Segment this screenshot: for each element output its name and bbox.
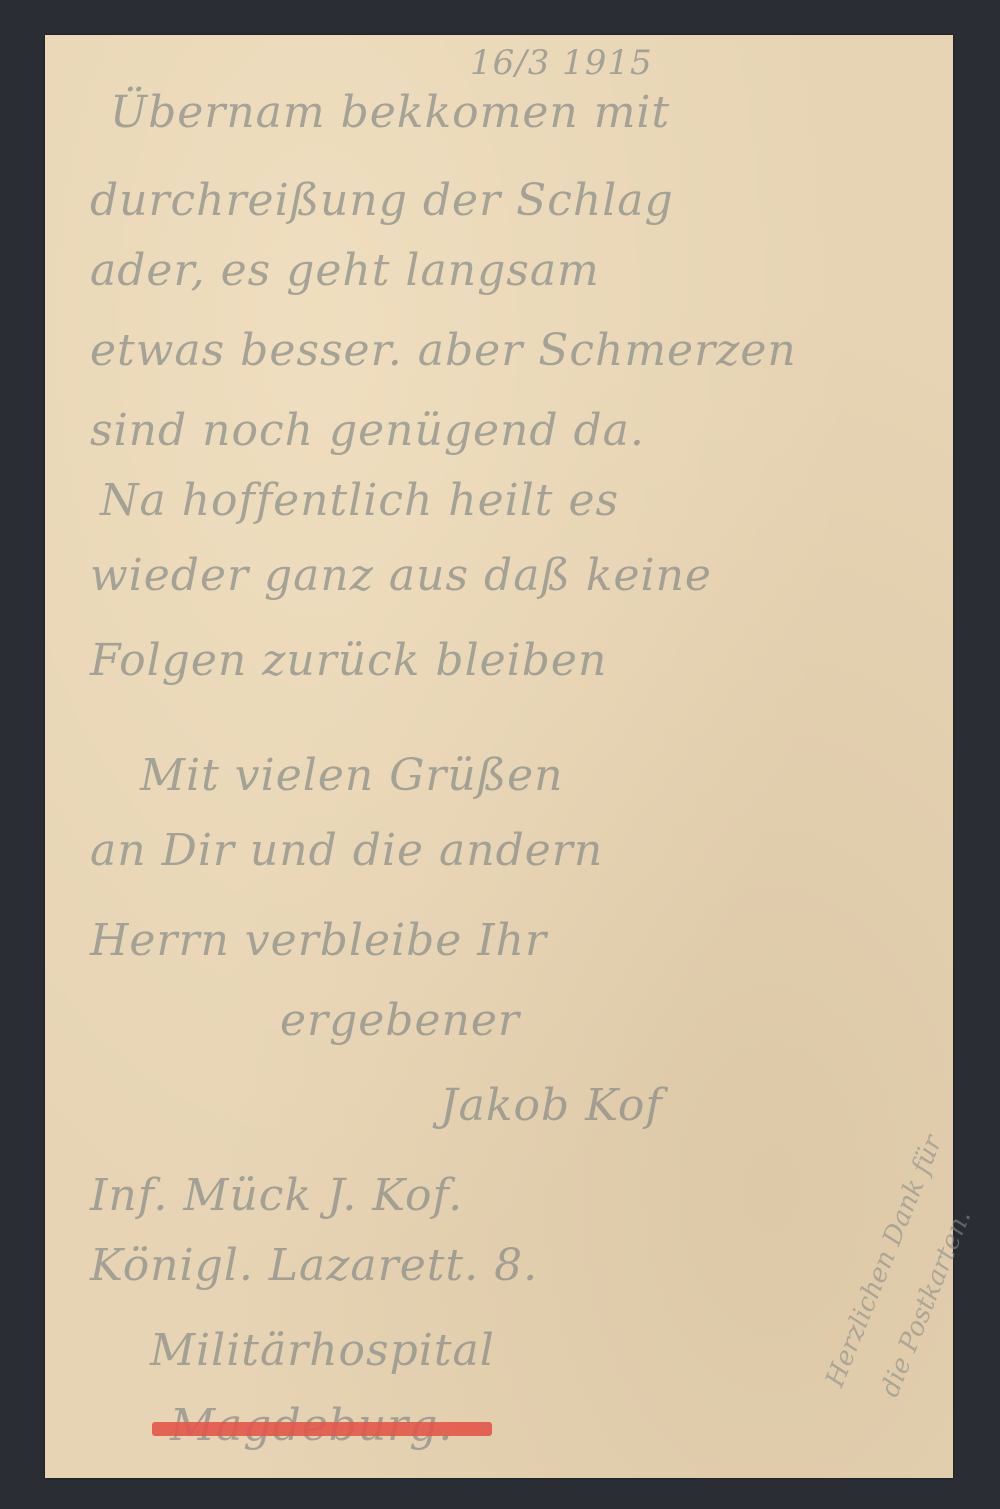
body-line: Na hoffentlich heilt es xyxy=(100,475,619,526)
body-line: durchreißung der Schlag xyxy=(90,175,674,226)
address-line: Militärhospital xyxy=(150,1325,495,1376)
red-pencil-mark xyxy=(152,1422,492,1436)
body-line: Übernam bekkomen mit xyxy=(110,87,670,138)
postcard: 16/3 1915 Übernam bekkomen mit durchreiß… xyxy=(45,35,953,1478)
closing-line: Herrn verbleibe Ihr xyxy=(90,915,547,966)
body-line: ader, es geht langsam xyxy=(90,245,600,296)
closing-line: an Dir und die andern xyxy=(90,825,603,876)
closing-line: ergebener xyxy=(280,995,520,1046)
address-line: Königl. Lazarett. 8. xyxy=(90,1240,538,1291)
address-line: Inf. Mück J. Kof. xyxy=(90,1170,463,1221)
body-line: wieder ganz aus daß keine xyxy=(90,550,712,601)
body-line: Folgen zurück bleiben xyxy=(90,635,607,686)
closing-line: Mit vielen Grüßen xyxy=(140,750,563,801)
signature: Jakob Kof xyxy=(440,1080,663,1131)
body-line: sind noch genügend da. xyxy=(90,405,645,456)
body-line: etwas besser. aber Schmerzen xyxy=(90,325,797,376)
date-text: 16/3 1915 xyxy=(470,43,653,83)
